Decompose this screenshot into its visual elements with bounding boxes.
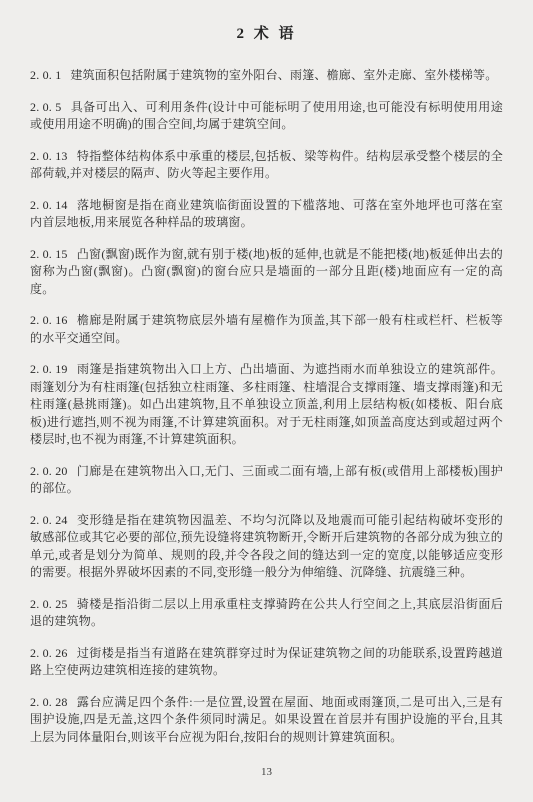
term-number: 2. 0. 13 [30, 148, 68, 166]
term-text: 露台应满足四个条件:一是位置,设置在屋面、地面或雨篷顶,二是可出入,三是有围护设… [30, 695, 503, 744]
term-number: 2. 0. 16 [30, 312, 68, 330]
document-page: 2 术 语 2. 0. 1建筑面积包括附属于建筑物的室外阳台、雨篷、檐廊、室外走… [0, 0, 533, 802]
term-number: 2. 0. 15 [30, 246, 68, 264]
term-paragraph: 2. 0. 20门廊是在建筑物出入口,无门、三面或二面有墙,上部有板(或借用上部… [30, 463, 503, 498]
term-paragraph: 2. 0. 26过街楼是指当有道路在建筑群穿过时为保证建筑物之间的功能联系,设置… [30, 645, 503, 680]
term-text: 雨篷是指建筑物出入口上方、凸出墙面、为遮挡雨水而单独设立的建筑部件。雨篷划分为有… [30, 362, 503, 446]
term-paragraph: 2. 0. 5具备可出入、可利用条件(设计中可能标明了使用用途,也可能没有标明使… [30, 99, 503, 134]
term-text: 具备可出入、可利用条件(设计中可能标明了使用用途,也可能没有标明使用用途或使用用… [30, 100, 503, 132]
term-paragraph: 2. 0. 24变形缝是指在建筑物因温差、不均匀沉降以及地震而可能引起结构破坏变… [30, 512, 503, 582]
chapter-title: 2 术 语 [30, 22, 503, 43]
term-text: 变形缝是指在建筑物因温差、不均匀沉降以及地震而可能引起结构破坏变形的敏感部位或其… [30, 513, 503, 580]
term-paragraph: 2. 0. 25骑楼是指沿街二层以上用承重柱支撑骑跨在公共人行空间之上,其底层沿… [30, 596, 503, 631]
term-number: 2. 0. 19 [30, 361, 68, 379]
term-paragraph: 2. 0. 19雨篷是指建筑物出入口上方、凸出墙面、为遮挡雨水而单独设立的建筑部… [30, 361, 503, 449]
term-paragraph: 2. 0. 13特指整体结构体系中承重的楼层,包括板、梁等构件。结构层承受整个楼… [30, 148, 503, 183]
term-number: 2. 0. 20 [30, 463, 68, 481]
term-paragraph: 2. 0. 16檐廊是附属于建筑物底层外墙有屋檐作为顶盖,其下部一般有柱或栏杆、… [30, 312, 503, 347]
term-number: 2. 0. 26 [30, 645, 68, 663]
term-number: 2. 0. 5 [30, 99, 61, 117]
term-text: 檐廊是附属于建筑物底层外墙有屋檐作为顶盖,其下部一般有柱或栏杆、栏板等的水平交通… [30, 313, 503, 345]
term-number: 2. 0. 24 [30, 512, 68, 530]
term-text: 凸窗(飘窗)既作为窗,就有别于楼(地)板的延伸,也就是不能把楼(地)板延伸出去的… [30, 247, 503, 296]
term-text: 落地橱窗是指在商业建筑临街面设置的下槛落地、可落在室外地坪也可落在室内首层地板,… [30, 198, 503, 230]
term-text: 门廊是在建筑物出入口,无门、三面或二面有墙,上部有板(或借用上部楼板)围护的部位… [30, 464, 503, 496]
term-text: 骑楼是指沿街二层以上用承重柱支撑骑跨在公共人行空间之上,其底层沿街面后退的建筑物… [30, 597, 503, 629]
term-number: 2. 0. 14 [30, 197, 68, 215]
term-number: 2. 0. 1 [30, 67, 61, 85]
term-paragraph: 2. 0. 28露台应满足四个条件:一是位置,设置在屋面、地面或雨篷顶,二是可出… [30, 694, 503, 747]
term-paragraph: 2. 0. 14落地橱窗是指在商业建筑临街面设置的下槛落地、可落在室外地坪也可落… [30, 197, 503, 232]
term-number: 2. 0. 25 [30, 596, 68, 614]
terms-list: 2. 0. 1建筑面积包括附属于建筑物的室外阳台、雨篷、檐廊、室外走廊、室外楼梯… [30, 67, 503, 746]
term-text: 特指整体结构体系中承重的楼层,包括板、梁等构件。结构层承受整个楼层的全部荷载,并… [30, 149, 503, 181]
term-paragraph: 2. 0. 1建筑面积包括附属于建筑物的室外阳台、雨篷、檐廊、室外走廊、室外楼梯… [30, 67, 503, 85]
term-text: 建筑面积包括附属于建筑物的室外阳台、雨篷、檐廊、室外走廊、室外楼梯等。 [70, 68, 497, 82]
term-paragraph: 2. 0. 15凸窗(飘窗)既作为窗,就有别于楼(地)板的延伸,也就是不能把楼(… [30, 246, 503, 299]
term-number: 2. 0. 28 [30, 694, 68, 712]
term-text: 过街楼是指当有道路在建筑群穿过时为保证建筑物之间的功能联系,设置跨越道路上空使两… [30, 646, 503, 678]
page-number: 13 [0, 766, 533, 778]
